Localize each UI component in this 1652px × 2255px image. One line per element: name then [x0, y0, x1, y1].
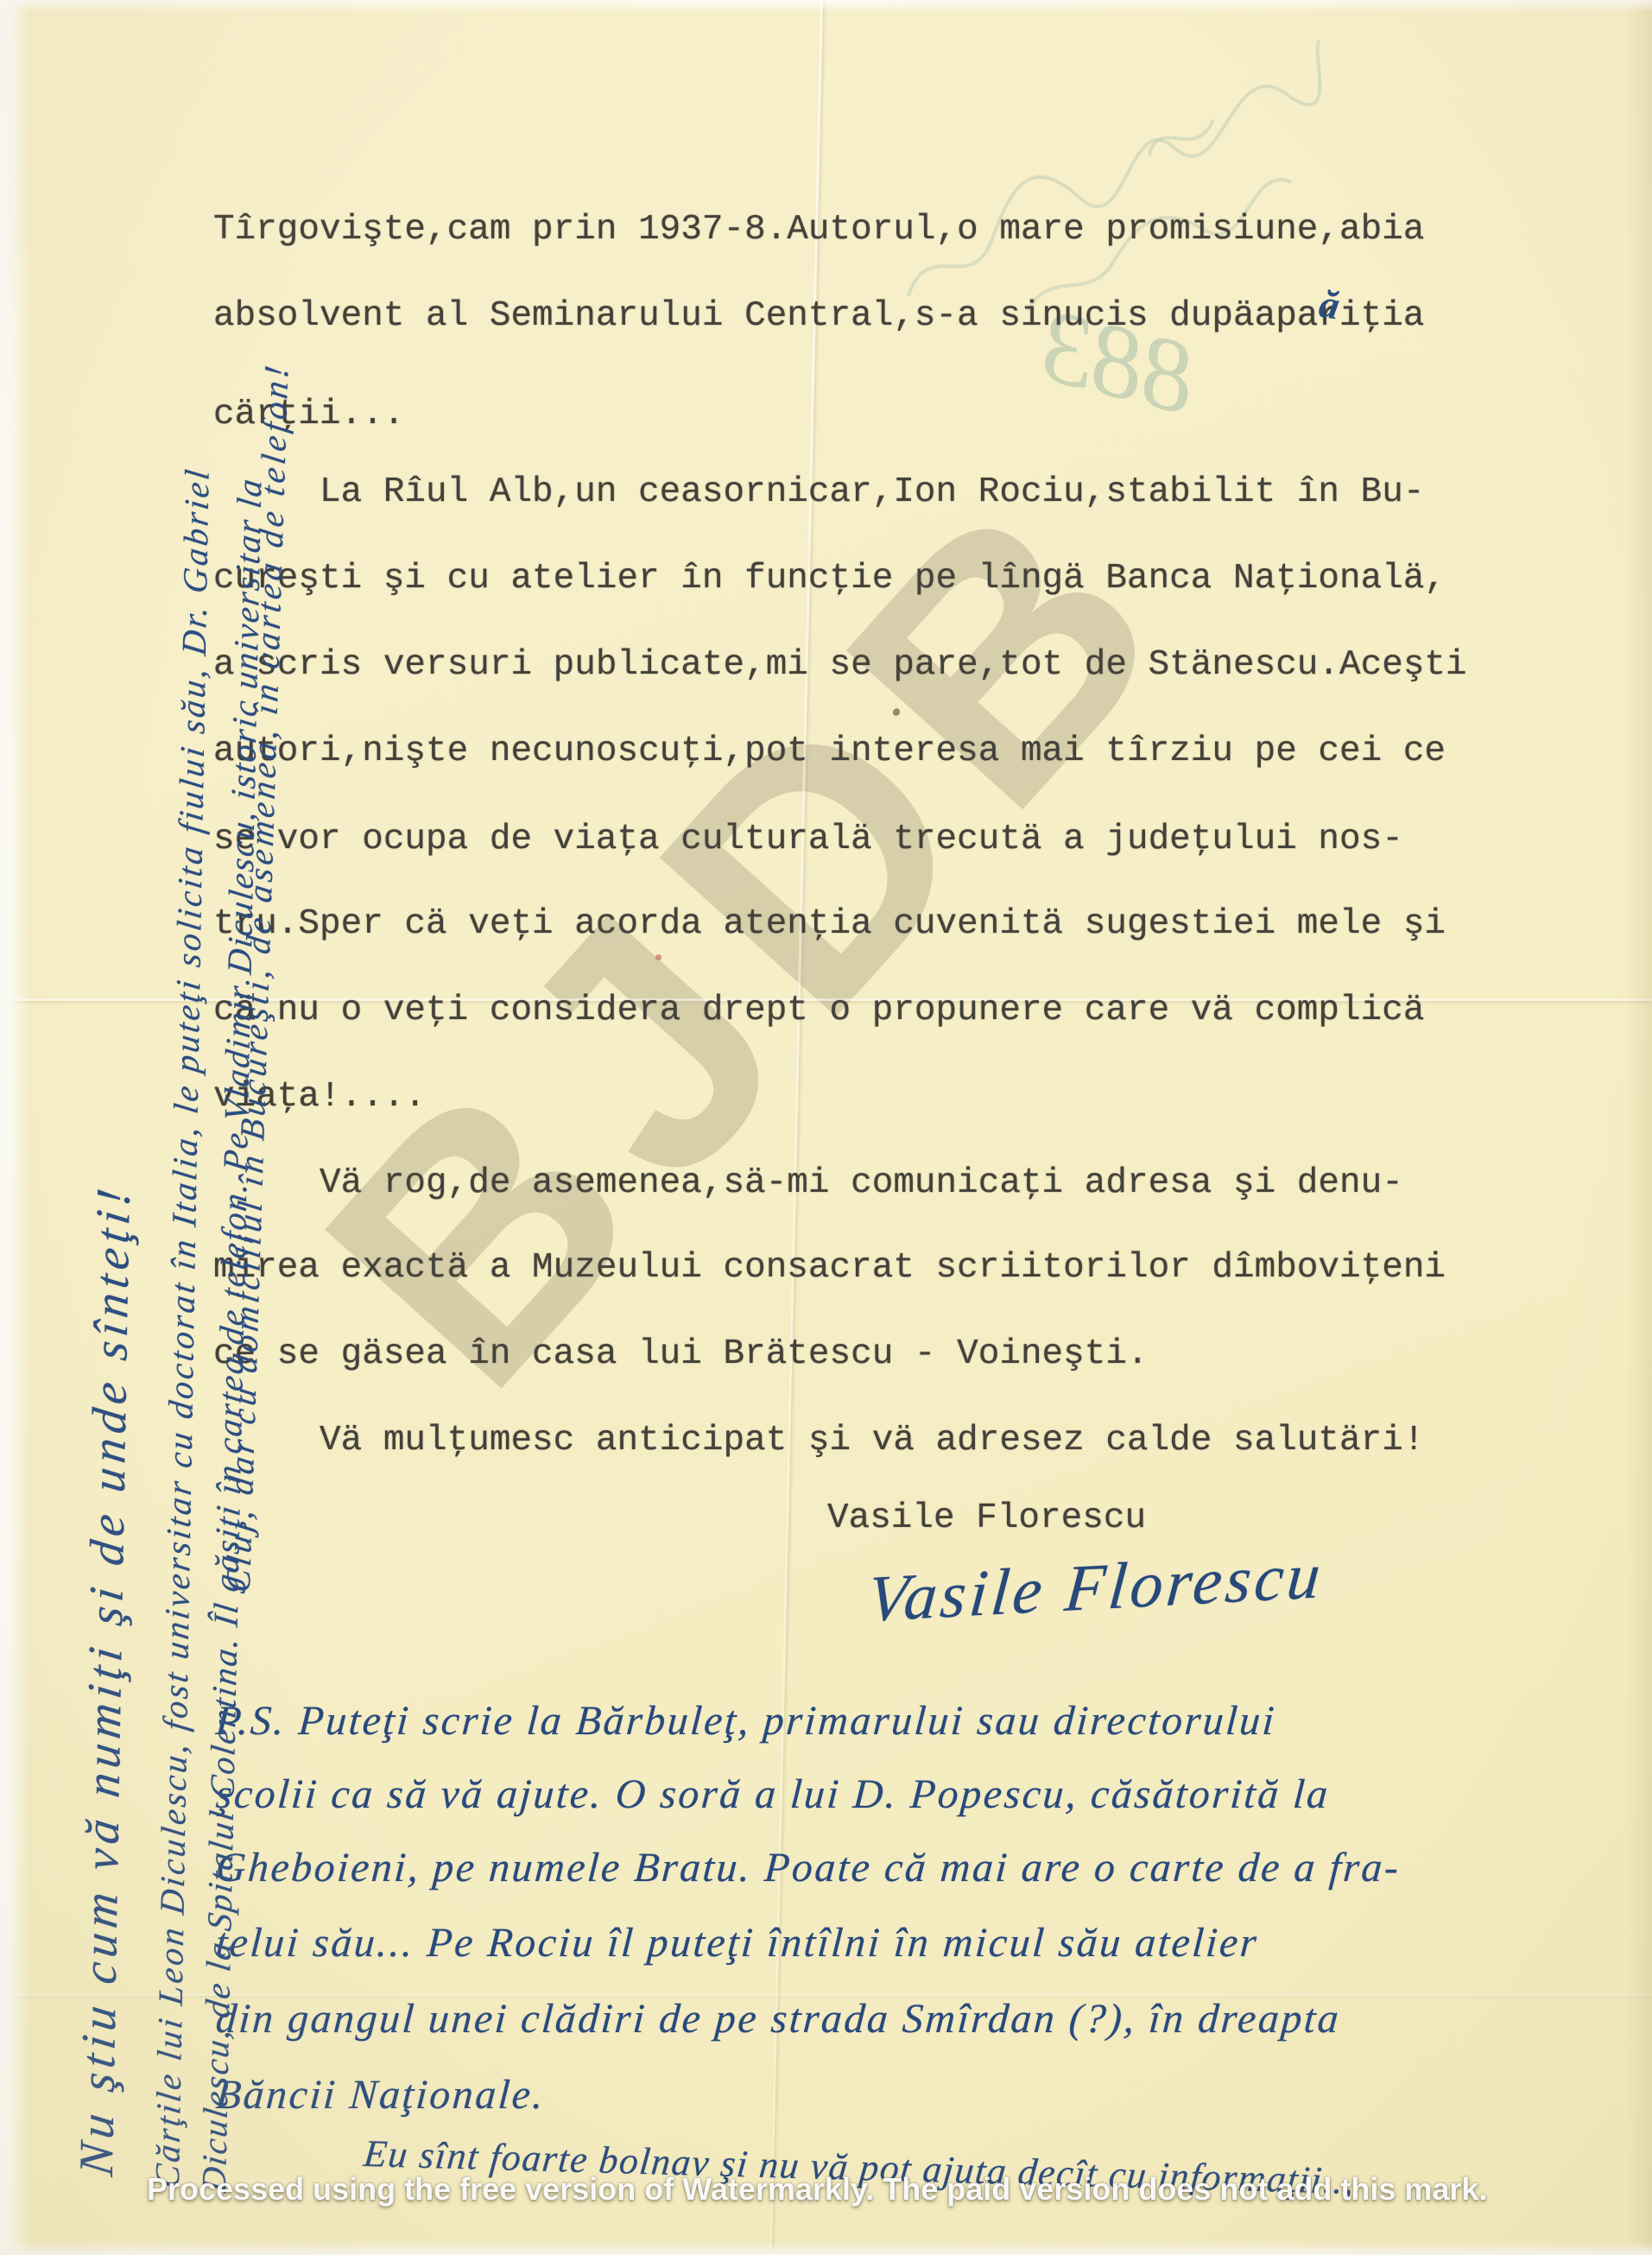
- typed-line: se vor ocupa de viaţa culturalä trecutä …: [213, 819, 1403, 860]
- typed-line: La Rîul Alb,un ceasornicar,Ion Rociu,sta…: [213, 472, 1424, 513]
- typed-sender-name: Vasile Florescu: [827, 1498, 1146, 1539]
- postscript-line: din gangul unei clădiri de pe strada Smî…: [214, 1995, 1342, 2043]
- typed-line: absolvent al Seminarului Central,s-a sin…: [213, 295, 1424, 337]
- scan-edge-right: [1626, 0, 1652, 2255]
- watermarkly-footer-text: Processed using the free version of Wate…: [147, 2171, 1442, 2207]
- typed-line: Tîrgovişte,cam prin 1937-8.Autorul,o mar…: [213, 209, 1424, 250]
- margin-note-line: Nu ştiu cum vă numiţi şi de unde sînteţi…: [69, 1181, 142, 2179]
- paper-speck-red: [655, 954, 661, 960]
- handwritten-signature: Vasile Florescu: [865, 1538, 1327, 1637]
- typed-line: ce se gäsea în casa lui Brätescu - Voine…: [213, 1333, 1149, 1375]
- scan-edge-top: [0, 0, 1652, 12]
- postscript-line: Băncii Naţionale.: [214, 2071, 547, 2119]
- typed-line: autori,nişte necunoscuţi,pot interesa ma…: [213, 731, 1446, 772]
- typed-line: cärţii...: [213, 394, 404, 435]
- typed-line: cä nu o veţi considera drept o propunere…: [213, 990, 1424, 1031]
- typed-line: tru.Sper cä veţi acorda atenţia cuvenitä…: [213, 903, 1446, 945]
- typed-line: mirea exactä a Muzeului consacrat scriit…: [213, 1247, 1446, 1289]
- postscript-line: Gheboieni, pe numele Bratu. Poate că mai…: [214, 1844, 1402, 1892]
- typed-line: Vä mulţumesc anticipat şi vä adresez cal…: [213, 1420, 1424, 1461]
- scanned-letter-page: BJDB 883 Tîrgovişte,cam prin 1937-8.Auto…: [0, 0, 1652, 2255]
- typed-line: cureşti şi cu atelier în funcţie pe lîng…: [213, 558, 1446, 599]
- typed-line: Vä rog,de asemenea,sä-mi comunicaţi adre…: [213, 1162, 1403, 1204]
- postscript-line: P.S. Puteţi scrie la Bărbuleţ, primarulu…: [214, 1697, 1278, 1745]
- scan-edge-bottom: [0, 2241, 1652, 2255]
- postscript-line: şcolii ca să vă ajute. O soră a lui D. P…: [214, 1770, 1332, 1819]
- typed-line: a scris versuri publicate,mi se pare,tot…: [213, 644, 1467, 686]
- scan-edge-left: [0, 0, 29, 2255]
- postscript-line: telui său... Pe Rociu îl puteţi întîlni …: [214, 1919, 1260, 1967]
